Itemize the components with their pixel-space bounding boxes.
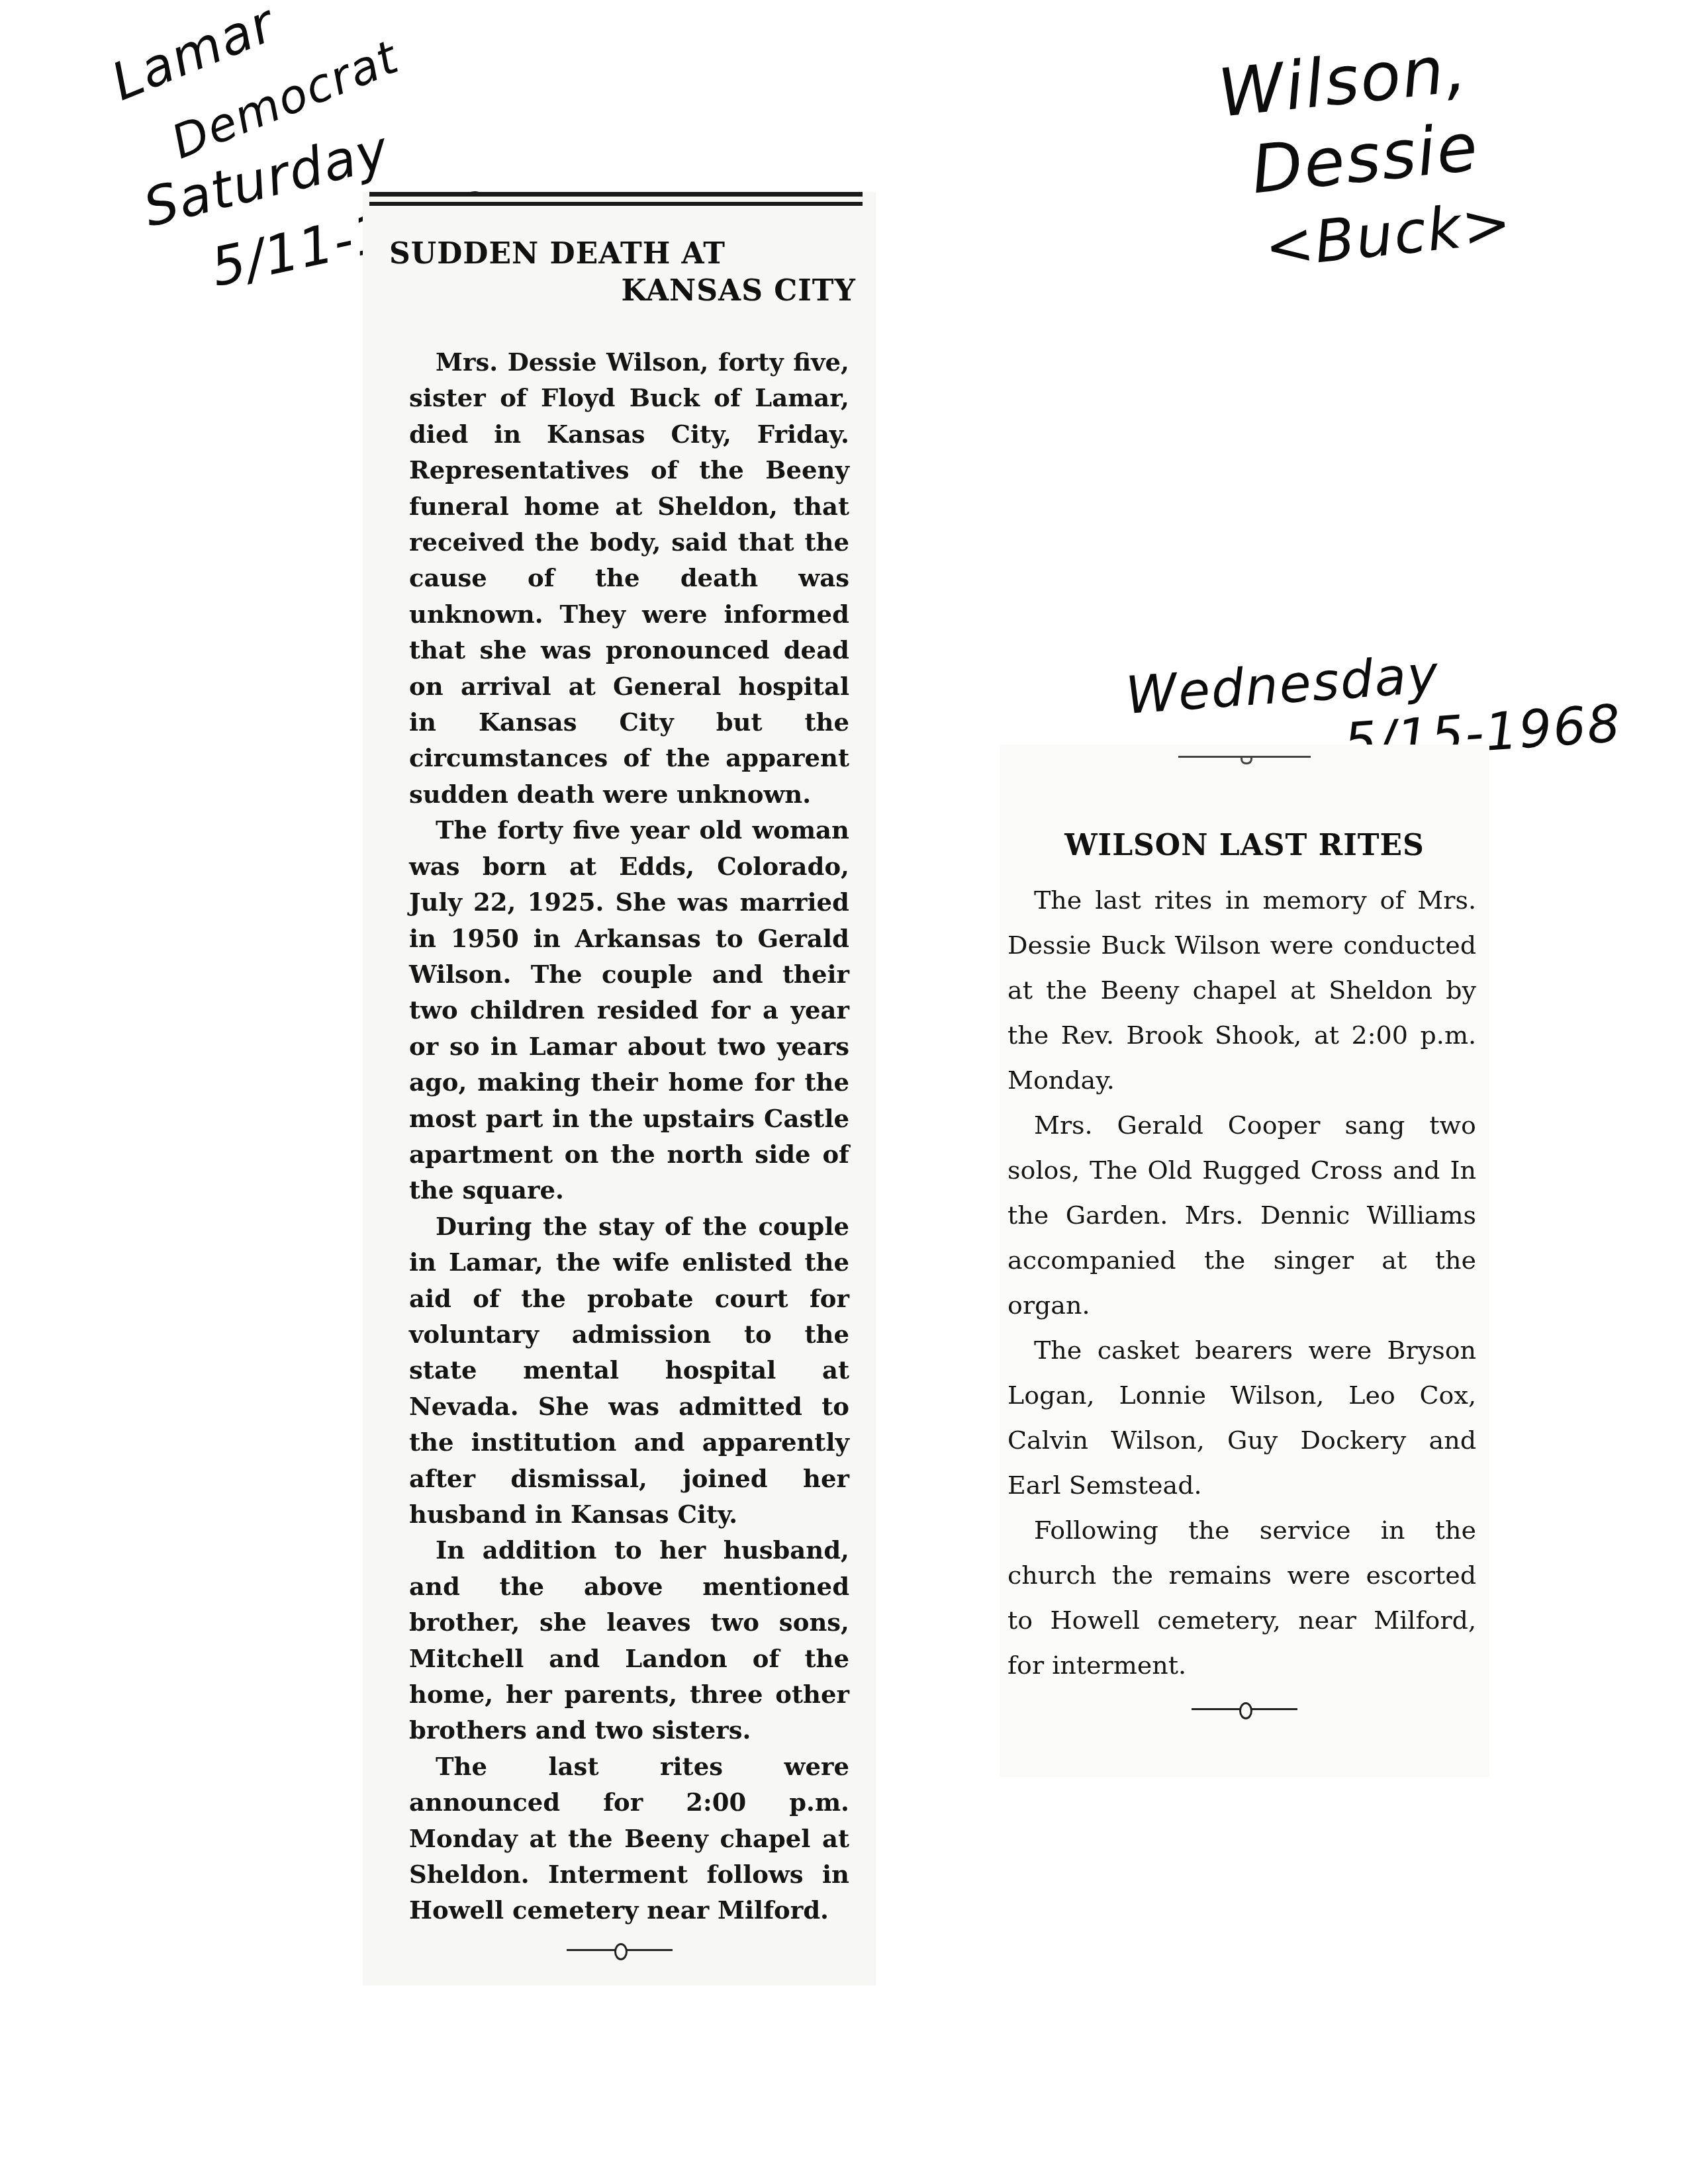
paragraph: Mrs. Gerald Cooper sang two solos, The O… <box>1008 1103 1476 1328</box>
clipping-1-body: Mrs. Dessie Wilson, forty five, sister o… <box>363 310 876 1929</box>
newspaper-clipping-obituary: SUDDEN DEATH AT KANSAS CITY Mrs. Dessie … <box>363 192 876 1985</box>
paragraph: The last rites were announced for 2:00 p… <box>409 1749 849 1929</box>
paragraph: Mrs. Dessie Wilson, forty five, sister o… <box>409 344 849 812</box>
paragraph: Following the service in the church the … <box>1008 1508 1476 1688</box>
headline-line-2: KANSAS CITY <box>363 273 876 310</box>
headline-rule <box>369 192 863 206</box>
end-divider-ornament <box>567 1943 673 1956</box>
clipping-1-headline: SUDDEN DEATH AT KANSAS CITY <box>363 236 876 310</box>
newspaper-clipping-last-rites: WILSON LAST RITES The last rites in memo… <box>1000 745 1489 1777</box>
clipping-2-body: The last rites in memory of Mrs. Dessie … <box>1000 864 1489 1688</box>
paragraph: The last rites in memory of Mrs. Dessie … <box>1008 878 1476 1103</box>
clipping-2-headline: WILSON LAST RITES <box>1000 827 1489 864</box>
handwritten-subject-note: Wilson, Dessie <Buck> <box>1205 40 1513 274</box>
paragraph: In addition to her husband, and the abov… <box>409 1532 849 1748</box>
end-divider-ornament <box>1192 1702 1297 1715</box>
top-divider-ornament <box>1178 754 1311 766</box>
headline-line-1: SUDDEN DEATH AT <box>363 236 876 273</box>
paragraph: The casket bearers were Bryson Logan, Lo… <box>1008 1328 1476 1508</box>
paragraph: During the stay of the couple in Lamar, … <box>409 1208 849 1533</box>
paragraph: The forty five year old woman was born a… <box>409 812 849 1208</box>
